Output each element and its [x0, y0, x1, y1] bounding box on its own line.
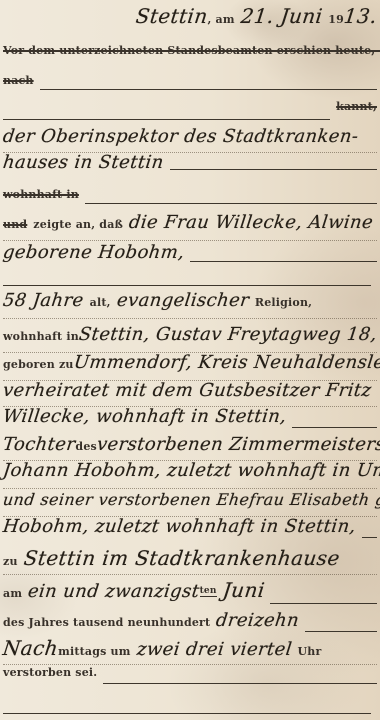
death-register-scan: { "document": { "type_note": "Handschrif… — [0, 0, 380, 720]
dateline-day: 21. Juni — [239, 4, 323, 28]
dateline-city: Stettin — [134, 4, 209, 28]
daughter-line: Tochter des verstorbenen Zimmermeisters — [3, 434, 377, 461]
deathtime-ampm: Nach — [2, 636, 60, 660]
mother2-text: Hobohm, zuletzt wohnhaft in Stettin, — [2, 516, 357, 537]
deathyear-label: des Jahres tausend neunhundert — [3, 616, 210, 629]
mother1-text: und seiner verstorbenen Ehefrau Elisabet… — [2, 490, 380, 509]
daughter-post: verstorbenen Zimmermeisters — [96, 434, 380, 455]
birthplace-line: geboren zu Ummendorf, Kreis Neuhaldensle… — [3, 352, 377, 381]
anzeige-und: und — [3, 218, 27, 231]
blank-rule — [170, 169, 377, 170]
blank-rule — [3, 119, 330, 120]
informant1-text: der Oberinspektor des Stadtkranken- — [2, 126, 360, 147]
daughter-des: des — [75, 440, 96, 453]
closing-text: verstorben sei. — [3, 666, 97, 679]
blank-rule — [40, 89, 377, 90]
anzeige-hand: die Frau Willecke, Alwine — [128, 212, 375, 233]
deathday-line: am ein und zwanzigst ten Juni — [3, 578, 377, 608]
dateline: Stettin , am 21. Juni 19 13. — [3, 4, 377, 32]
residence-value: Stettin, Gustav Freytagweg 18, — [78, 324, 378, 345]
mother-line-1: und seiner verstorbenen Ehefrau Elisabet… — [3, 490, 377, 517]
deathyear-value: dreizehn — [215, 610, 301, 631]
deathtime-uhr-label: Uhr — [297, 645, 321, 658]
deathplace-line: zu Stettin im Stadtkrankenhause — [3, 546, 377, 575]
age-value: 58 Jahre — [2, 290, 85, 311]
closing-line: verstorben sei. — [3, 666, 377, 688]
deathday-day: ein und zwanzigst — [27, 581, 201, 602]
informant-line-2: hauses in Stettin — [3, 152, 377, 174]
blank-rule — [305, 631, 377, 632]
blank-rule — [3, 285, 371, 286]
daughter-pre: Tochter — [2, 434, 77, 455]
blank-rule — [362, 537, 377, 538]
mother-line-2: Hobohm, zuletzt wohnhaft in Stettin, — [3, 516, 377, 542]
deathplace-value: Stettin im Stadtkrankenhause — [22, 546, 341, 570]
anzeige-line: und zeigte an, daß die Frau Willecke, Al… — [3, 212, 377, 241]
married1-text: verheiratet mit dem Gutsbesitzer Fritz — [2, 380, 373, 401]
alt-label: alt, — [90, 296, 111, 309]
father-text: Johann Hobohm, zuletzt wohnhaft in Ummen… — [2, 460, 380, 481]
informant-line-1: der Oberinspektor des Stadtkranken- — [3, 126, 377, 153]
blank-rule — [190, 261, 377, 262]
anzeige-zeigte: zeigte an, daß — [33, 218, 123, 231]
intro-line-3: kannt, — [3, 100, 377, 120]
dateline-am-label: , am — [207, 13, 234, 26]
wohnhaft-struck-text: wohnhaft in — [3, 188, 79, 201]
blank-rule — [3, 713, 371, 714]
deathyear-line: des Jahres tausend neunhundert dreizehn — [3, 610, 377, 636]
deathplace-label: zu — [3, 555, 18, 568]
blank-rule — [292, 427, 377, 428]
intro1-text: Vor dem unterzeichneten Standesbeamten e… — [3, 44, 380, 57]
wohnhaft-struck-line: wohnhaft in — [3, 188, 377, 208]
geborene-line: geborene Hobohm, — [3, 242, 377, 266]
residence-label: wohnhaft in — [3, 330, 79, 343]
age-line: 58 Jahre alt, evangelischer Religion, — [3, 290, 377, 319]
religion-value: evangelischer — [115, 290, 250, 311]
deathtime-label: mittags um — [58, 645, 130, 658]
deathtime-value: zwei drei viertel — [135, 639, 292, 660]
informant2-text: hauses in Stettin — [2, 152, 165, 173]
final-blank-line — [3, 696, 377, 714]
deathday-label: am — [3, 587, 22, 600]
intro2-text: nach — [3, 74, 34, 87]
intro-line-1: Vor dem unterzeichneten Standesbeamten e… — [3, 44, 377, 60]
married-line-2: Willecke, wohnhaft in Stettin, — [3, 406, 377, 432]
deathday-month: Juni — [221, 578, 266, 602]
deathtime-line: Nach mittags um zwei drei viertel Uhr — [3, 636, 377, 665]
religion-label: Religion, — [255, 296, 312, 309]
blank-rule — [270, 603, 377, 604]
residence-line: wohnhaft in Stettin, Gustav Freytagweg 1… — [3, 324, 377, 353]
intro3-text: kannt, — [336, 100, 377, 113]
dateline-century: 19 — [328, 13, 344, 26]
deathday-suffix: ten — [200, 586, 217, 597]
blank-line — [3, 268, 377, 286]
blank-rule — [85, 203, 377, 204]
birthplace-value: Ummendorf, Kreis Neuhaldensleben, — [72, 352, 380, 373]
dateline-year: 13. — [343, 4, 379, 28]
father-line: Johann Hobohm, zuletzt wohnhaft in Ummen… — [3, 460, 377, 489]
geborene-text: geborene Hobohm, — [2, 242, 186, 263]
birthplace-label: geboren zu — [3, 358, 74, 371]
married2-text: Willecke, wohnhaft in Stettin, — [2, 406, 288, 427]
intro-line-2: nach — [3, 74, 377, 94]
blank-rule — [103, 683, 377, 684]
married-line-1: verheiratet mit dem Gutsbesitzer Fritz — [3, 380, 377, 407]
